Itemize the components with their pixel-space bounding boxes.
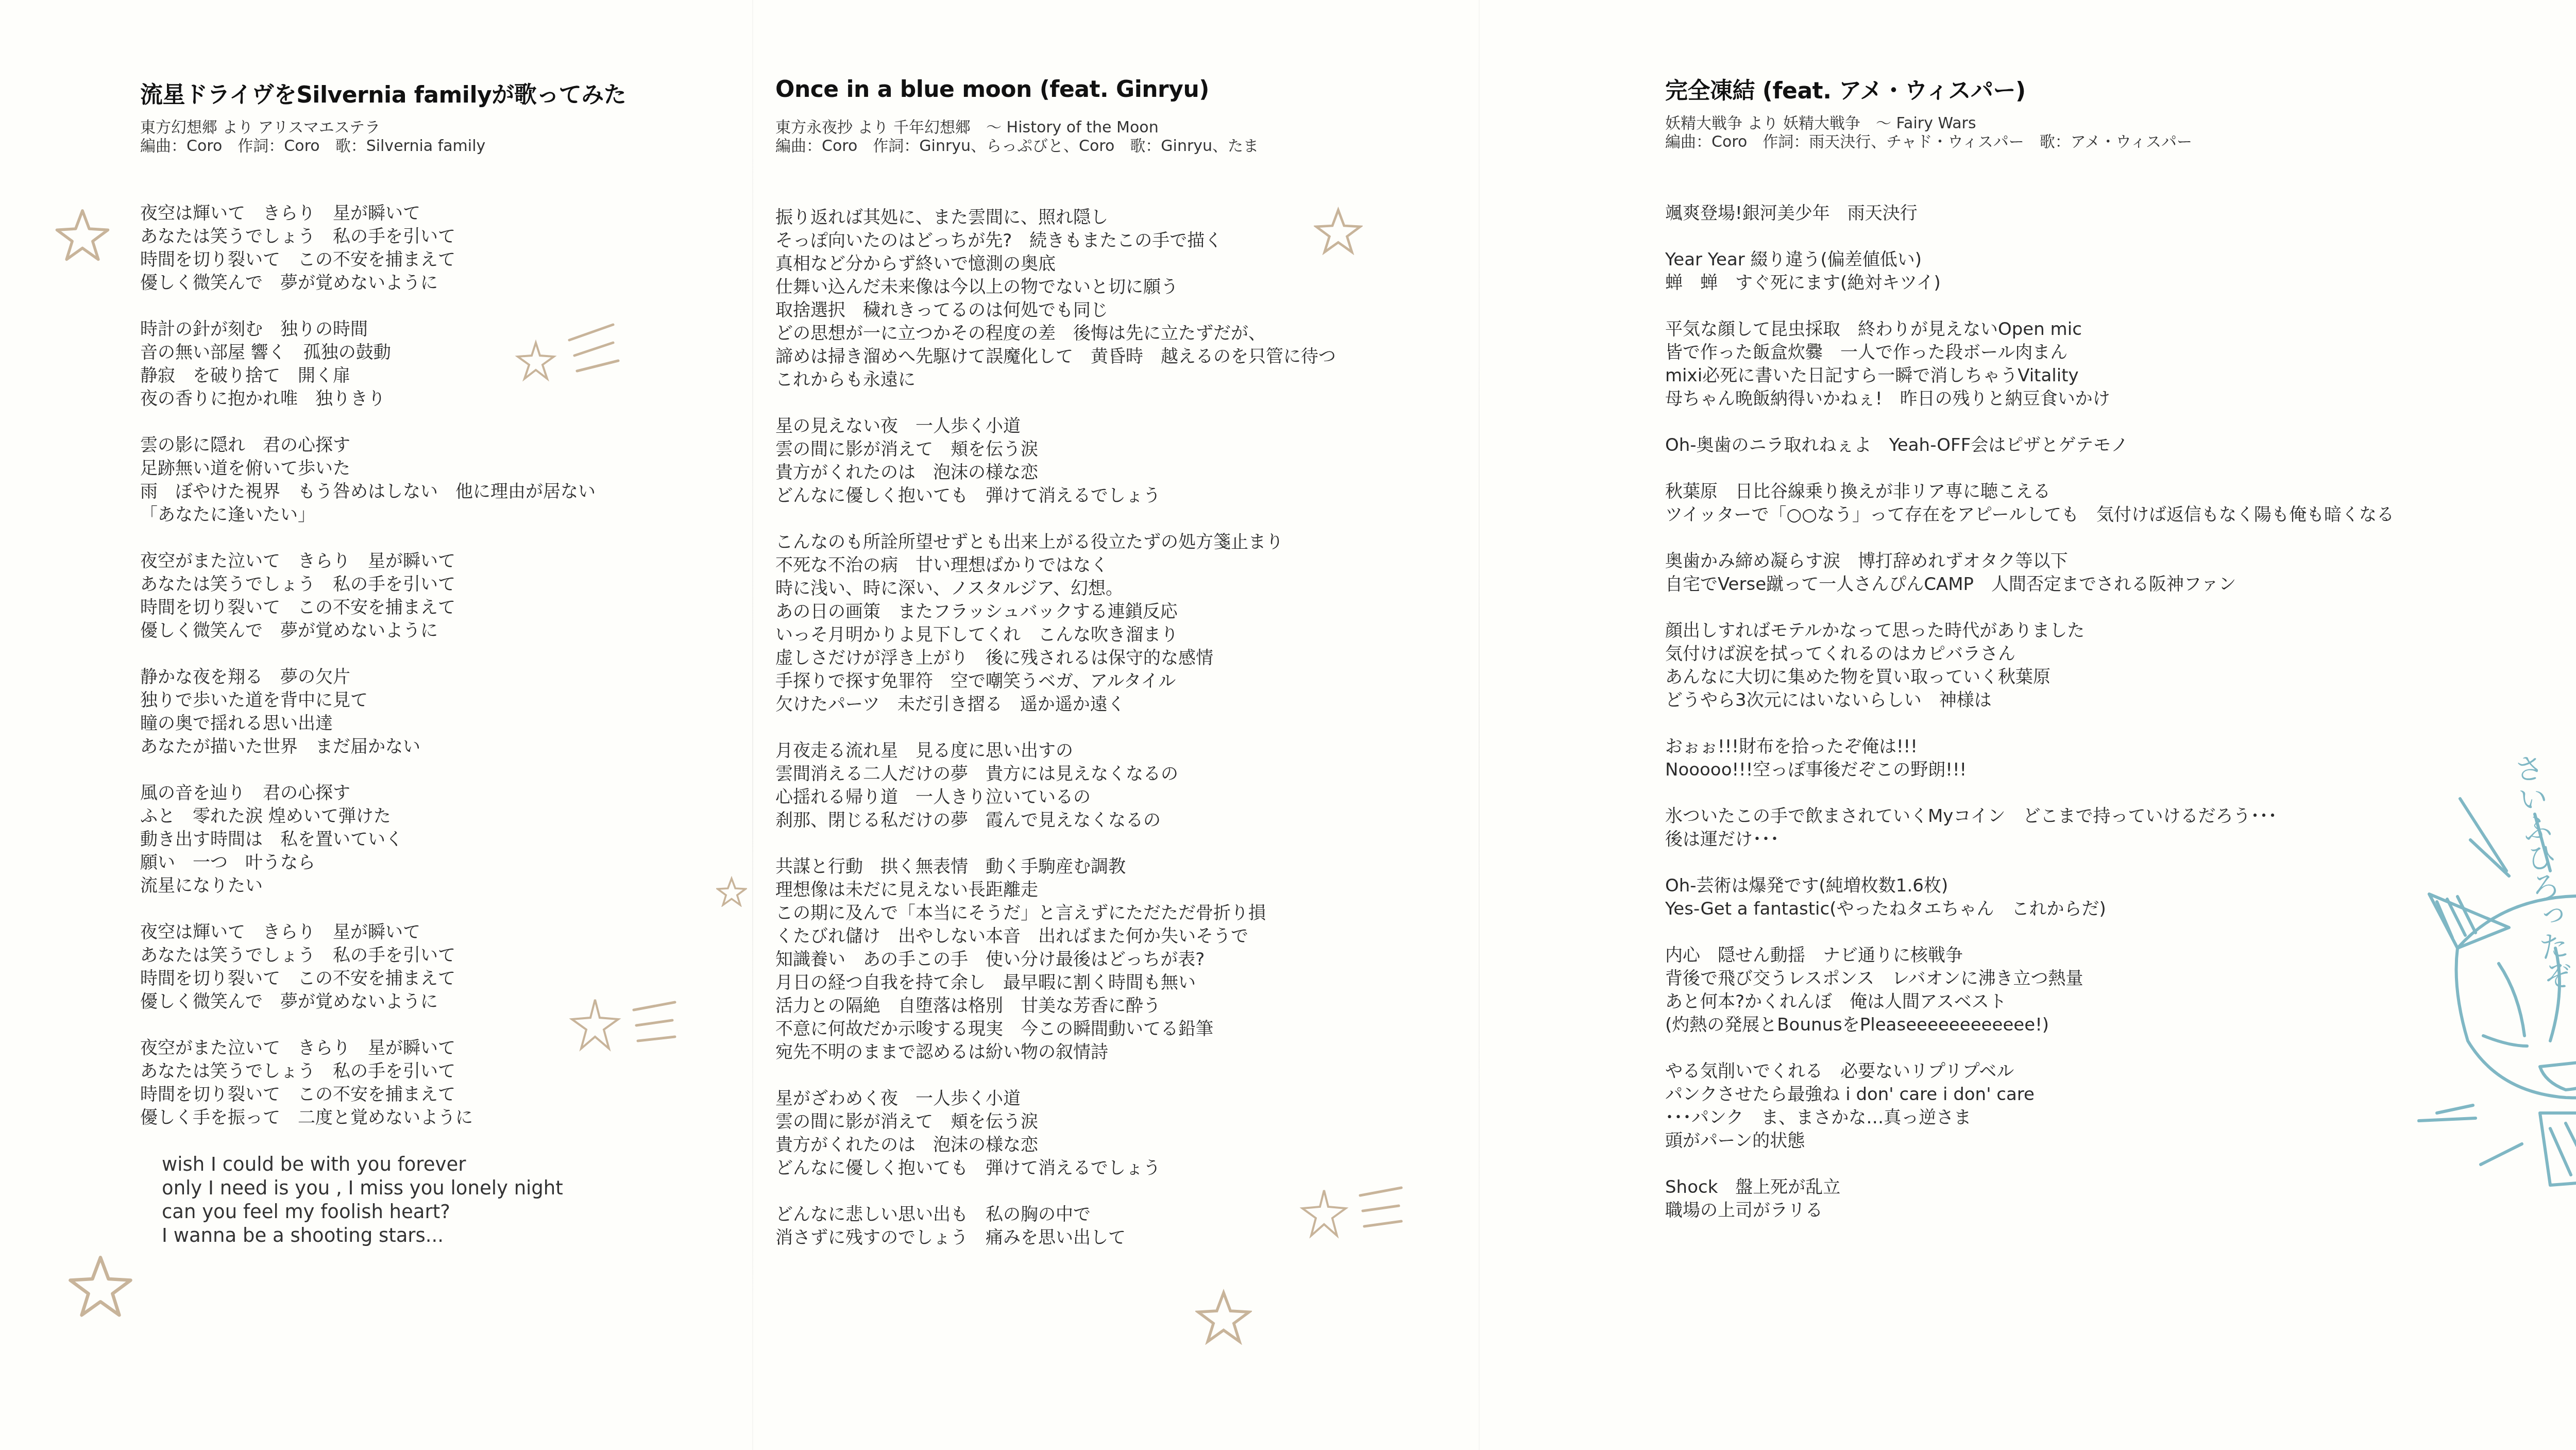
lyric-stanza: 月夜走る流れ星 見る度に思い出すの雲間消える二人だけの夢 貴方には見えなくなるの…: [775, 739, 1336, 832]
lyric-stanza: 共謀と行動 拱く無表情 動く手駒産む調教理想像は未だに見えない長距離走この期に及…: [775, 855, 1336, 1064]
lyric-line: 時に浅い、時に深い、ノスタルジア、幻想。: [775, 577, 1336, 600]
lyric-line: 内心 隠せん動揺 ナビ通りに核戦争: [1665, 944, 2394, 967]
lyric-line: 時間を切り裂いて この不安を捕まえて: [140, 967, 596, 990]
lyric-line: 夜空は輝いて きらり 星が瞬いて: [140, 921, 596, 944]
lyric-line: 手探りで探す免罪符 空で嘲笑うベガ、アルタイル: [775, 670, 1336, 693]
lyric-line: 夜空がまた泣いて きらり 星が瞬いて: [140, 1037, 596, 1060]
lyric-line: 時間を切り裂いて この不安を捕まえて: [140, 596, 596, 619]
lyric-stanza: Oh-奥歯のニラ取れねぇよ Yeah-OFF会はピザとゲテモノ: [1665, 434, 2394, 457]
lyric-line: そっぽ向いたのはどっちが先? 続きもまたこの手で描く: [775, 229, 1336, 252]
lyric-line: (灼熱の発展とBounusをPleaseeeeeeeeeeee!): [1665, 1014, 2394, 1037]
lyric-line: あんなに大切に集めた物を買い取っていく秋葉原: [1665, 666, 2394, 689]
booklet-fold-right: [1479, 0, 1480, 1450]
lyric-line: 優しく微笑んで 夢が覚めないように: [140, 990, 596, 1014]
lyric-line: 皆で作った飯盒炊爨 一人で作った段ボール肉まん: [1665, 341, 2394, 364]
lyric-line: パンクさせたら最強ね i don' care i don' care: [1665, 1083, 2394, 1106]
lyric-line: 虚しさだけが浮き上がり 後に残されるは保守的な感情: [775, 647, 1336, 670]
lyric-line: 不死な不治の病 甘い理想ばかりではなく: [775, 554, 1336, 577]
lyric-line: どんなに優しく抱いても 弾けて消えるでしょう: [775, 484, 1336, 508]
star-doodle-icon: [67, 1252, 134, 1319]
lyric-line: 雲の影に隠れ 君の心探す: [140, 434, 596, 457]
lyric-line: あなたは笑うでしょう 私の手を引いて: [140, 944, 596, 967]
lyric-line: 頭がパーン的状態: [1665, 1129, 2394, 1153]
shooting-star-doodle-icon: [567, 989, 690, 1067]
lyric-line: あなたが描いた世界 まだ届かない: [140, 735, 596, 758]
lyric-line: 風の音を辿り 君の心探す: [140, 782, 596, 805]
lyric-line: 共謀と行動 拱く無表情 動く手駒産む調教: [775, 855, 1336, 879]
booklet-fold-left: [752, 0, 753, 1450]
lyric-line: 優しく微笑んで 夢が覚めないように: [140, 272, 596, 295]
star-doodle-icon: [1195, 1288, 1252, 1345]
lyric-line: 優しく微笑んで 夢が覚めないように: [140, 619, 596, 643]
lyric-line: 背後で飛び交うレスポンス レバオンに沸き立つ熱量: [1665, 967, 2394, 990]
lyric-line: 雨 ぼやけた視界 もう咎めはしない 他に理由が居ない: [140, 480, 596, 503]
lyric-line: 星の見えない夜 一人歩く小道: [775, 415, 1336, 438]
lyric-line: 後は運だけ･･･: [1665, 828, 2394, 851]
lyric-stanza: 平気な顔して昆虫採取 終わりが見えないOpen mic皆で作った飯盒炊爨 一人で…: [1665, 318, 2394, 411]
small-star-doodle-icon: [716, 876, 747, 907]
lyric-line: 仕舞い込んだ未来像は今以上の物でないと切に願う: [775, 276, 1336, 299]
lyric-stanza: 風の音を辿り 君の心探すふと 零れた涙 煌めいて弾けた動き出す時間は 私を置いて…: [140, 782, 596, 898]
lyric-line: 貴方がくれたのは 泡沫の様な恋: [775, 461, 1336, 484]
lyric-line: 夜空がまた泣いて きらり 星が瞬いて: [140, 550, 596, 573]
lyric-line: 活力との隔絶 自堕落は格別 甘美な芳香に酔う: [775, 994, 1336, 1018]
shooting-star-doodle-icon: [1298, 1180, 1417, 1252]
lyric-line: どんなに悲しい思い出も 私の胸の中で: [775, 1203, 1336, 1226]
lyric-stanza: Shock 盤上死が乱立職場の上司がラリる: [1665, 1176, 2394, 1222]
lyric-line: 月日の経つ自我を持て余し 最早暇に割く時間も無い: [775, 971, 1336, 994]
lyric-line: 平気な顔して昆虫採取 終わりが見えないOpen mic: [1665, 318, 2394, 341]
lyric-line: Year Year 綴り違う(偏差値低い): [1665, 248, 2394, 272]
lyric-stanza: 氷ついたこの手で飲まされていくMyコイン どこまで持っていけるだろう･･･後は運…: [1665, 805, 2394, 851]
lyric-stanza: 顔出しすればモテルかなって思った時代がありました気付けば涙を拭ってくれるのはカピ…: [1665, 619, 2394, 712]
lyric-stanza: 内心 隠せん動揺 ナビ通りに核戦争背後で飛び交うレスポンス レバオンに沸き立つ熱…: [1665, 944, 2394, 1037]
lyric-line: 刹那、閉じる私だけの夢 霞んで見えなくなるの: [775, 809, 1336, 832]
song-credits: 編曲：Coro 作詞：Coro 歌：Silvernia family: [140, 136, 485, 157]
song-lyrics: 振り返れば其処に、また雲間に、照れ隠しそっぽ向いたのはどっちが先? 続きもまたこ…: [775, 206, 1336, 1273]
lyric-line: 独りで歩いた道を背中に見て: [140, 689, 596, 712]
lyric-line: どうやら3次元にはいないらしい 神様は: [1665, 689, 2394, 712]
lyric-line: 真相など分からず終いで憶測の奥底: [775, 252, 1336, 276]
lyric-stanza: 雲の影に隠れ 君の心探す足跡無い道を俯いて歩いた雨 ぼやけた視界 もう咎めはしな…: [140, 434, 596, 527]
lyric-line: 宛先不明のままで認めるは紛い物の叙情詩: [775, 1041, 1336, 1064]
lyric-stanza: 奥歯かみ締め凝らす涙 博打辞めれずオタク等以下自宅でVerse蹴って一人さんぴん…: [1665, 550, 2394, 596]
lyric-stanza: やる気削いでくれる 必要ないリプリプベルパンクさせたら最強ね i don' ca…: [1665, 1060, 2394, 1153]
lyric-line: 気付けば涙を拭ってくれるのはカピバラさん: [1665, 643, 2394, 666]
lyric-stanza: 星がざわめく夜 一人歩く小道雲の間に影が消えて 頬を伝う涙貴方がくれたのは 泡沫…: [775, 1087, 1336, 1180]
chibi-character-sketch: さいふひろったぞ: [2396, 721, 2576, 1391]
lyric-line: ツイッターで「○○なう」って存在をアピールしても 気付けば返信もなく陽も俺も暗く…: [1665, 503, 2394, 527]
lyric-stanza: 星の見えない夜 一人歩く小道雲の間に影が消えて 頬を伝う涙貴方がくれたのは 泡沫…: [775, 415, 1336, 508]
lyric-line: 知識養い あの手この手 使い分け最後はどっちが表?: [775, 948, 1336, 971]
lyric-line: この期に及んで「本当にそうだ」と言えずにただただ骨折り損: [775, 902, 1336, 925]
lyric-line: 颯爽登場!銀河美少年 雨天決行: [1665, 202, 2394, 225]
lyric-line: 顔出しすればモテルかなって思った時代がありました: [1665, 619, 2394, 643]
lyric-line: 時間を切り裂いて この不安を捕まえて: [140, 1083, 596, 1106]
lyric-line: 時間を切り裂いて この不安を捕まえて: [140, 248, 596, 272]
shooting-star-doodle-icon: [510, 319, 634, 397]
lyric-line: 瞳の奥で揺れる思い出達: [140, 712, 596, 735]
lyric-line: あの日の画策 またフラッシュバックする連鎖反応: [775, 600, 1336, 623]
lyric-line: 雲の間に影が消えて 頬を伝う涙: [775, 1110, 1336, 1134]
lyric-line: Oh-芸術は爆発です(純増枚数1.6枚): [1665, 874, 2394, 898]
lyric-stanza: Year Year 綴り違う(偏差値低い)蝉 蝉 すぐ死にます(絶対キツイ): [1665, 248, 2394, 295]
lyric-line: あなたは笑うでしょう 私の手を引いて: [140, 225, 596, 248]
lyric-line: 願い 一つ 叶うなら: [140, 851, 596, 874]
song-source: 妖精大戦争 より 妖精大戦争 ～ Fairy Wars: [1665, 113, 1976, 134]
lyric-line: 秋葉原 日比谷線乗り換えが非リア専に聴こえる: [1665, 480, 2394, 503]
lyric-stanza: Oh-芸術は爆発です(純増枚数1.6枚)Yes-Get a fantastic(…: [1665, 874, 2394, 921]
lyric-stanza: 秋葉原 日比谷線乗り換えが非リア専に聴こえるツイッターで「○○なう」って存在をア…: [1665, 480, 2394, 527]
lyric-line: 母ちゃん晩飯納得いかねぇ! 昨日の残りと納豆食いかけ: [1665, 387, 2394, 411]
lyric-stanza: 夜空がまた泣いて きらり 星が瞬いてあなたは笑うでしょう 私の手を引いて時間を切…: [140, 1037, 596, 1129]
lyric-line: 足跡無い道を俯いて歩いた: [140, 457, 596, 480]
star-doodle-icon: [1314, 206, 1363, 255]
lyric-stanza: 颯爽登場!銀河美少年 雨天決行: [1665, 202, 2394, 225]
lyric-line: 欠けたパーツ 未だ引き摺る 遥か遥か遠く: [775, 693, 1336, 716]
lyric-line: 消さずに残すのでしょう 痛みを思い出して: [775, 1226, 1336, 1250]
lyric-line: can you feel my foolish heart?: [162, 1200, 596, 1224]
lyric-line: あと何本?かくれんぼ 俺は人間アスベスト: [1665, 990, 2394, 1014]
lyric-line: 心揺れる帰り道 一人きり泣いているの: [775, 786, 1336, 809]
lyric-line: 蝉 蝉 すぐ死にます(絶対キツイ): [1665, 272, 2394, 295]
handwritten-caption-line: ぞ: [2536, 958, 2575, 993]
song-credits: 編曲：Coro 作詞：雨天決行、チャド・ウィスパー 歌：アメ・ウィスパー: [1665, 132, 2192, 153]
lyric-line: 「あなたに逢いたい」: [140, 503, 596, 527]
song-title: Once in a blue moon (feat. Ginryu): [775, 76, 1209, 103]
lyric-line: 静かな夜を翔る 夢の欠片: [140, 666, 596, 689]
lyric-line: 諦めは掃き溜めへ先駆けて誤魔化して 黄昏時 越えるのを只管に待つ: [775, 345, 1336, 368]
lyric-line: only I need is you , I miss you lonely n…: [162, 1176, 596, 1200]
lyric-line: 夜空は輝いて きらり 星が瞬いて: [140, 202, 596, 225]
song-source: 東方永夜抄 より 千年幻想郷 ～ History of the Moon: [775, 117, 1159, 138]
star-doodle-icon: [54, 206, 111, 263]
lyric-line: Shock 盤上死が乱立: [1665, 1176, 2394, 1199]
lyric-line: 流星になりたい: [140, 874, 596, 898]
lyric-line: Yes-Get a fantastic(やったねタエちゃん これからだ): [1665, 898, 2394, 921]
lyric-line: やる気削いでくれる 必要ないリプリプベル: [1665, 1060, 2394, 1083]
lyric-line: 優しく手を振って 二度と覚めないように: [140, 1106, 596, 1129]
song-title: 流星ドライヴをSilvernia familyが歌ってみた: [140, 76, 626, 109]
lyric-line: くたびれ儲け 出やしない本音 出ればまた何か失いそうで: [775, 925, 1336, 948]
lyric-line: 職場の上司がラリる: [1665, 1199, 2394, 1222]
lyric-line: 雲の間に影が消えて 頬を伝う涙: [775, 438, 1336, 461]
lyric-line: 理想像は未だに見えない長距離走: [775, 879, 1336, 902]
lyric-line: 自宅でVerse蹴って一人さんぴんCAMP 人間否定までされる阪神ファン: [1665, 573, 2394, 596]
song-lyrics: 颯爽登場!銀河美少年 雨天決行Year Year 綴り違う(偏差値低い)蝉 蝉 …: [1665, 202, 2394, 1245]
lyric-stanza: どんなに悲しい思い出も 私の胸の中で消さずに残すのでしょう 痛みを思い出して: [775, 1203, 1336, 1250]
lyric-line: wish I could be with you forever: [162, 1153, 596, 1176]
lyric-line: どの思想が一に立つかその程度の差 後悔は先に立たずだが、: [775, 322, 1336, 345]
lyric-line: 動き出す時間は 私を置いていく: [140, 828, 596, 851]
lyric-line: mixi必死に書いた日記すら一瞬で消しちゃうVitality: [1665, 364, 2394, 387]
lyric-line: 貴方がくれたのは 泡沫の様な恋: [775, 1134, 1336, 1157]
english-lyric-stanza: wish I could be with you foreveronly I n…: [140, 1153, 596, 1247]
lyric-line: 取捨選択 穢れきってるのは何処でも同じ: [775, 299, 1336, 322]
lyric-line: どんなに優しく抱いても 弾けて消えるでしょう: [775, 1157, 1336, 1180]
lyric-stanza: おぉぉ!!!財布を拾ったぞ俺は!!!Nooooo!!!空っぽ事後だぞこの野朗!!…: [1665, 735, 2394, 782]
lyric-line: 不意に何故だか示唆する現実 今この瞬間動いてる鉛筆: [775, 1018, 1336, 1041]
lyric-stanza: 静かな夜を翔る 夢の欠片独りで歩いた道を背中に見て瞳の奥で揺れる思い出達あなたが…: [140, 666, 596, 758]
lyric-line: これからも永遠に: [775, 368, 1336, 392]
lyric-stanza: こんなのも所詮所望せずとも出来上がる役立たずの処方箋止まり不死な不治の病 甘い理…: [775, 531, 1336, 716]
lyric-line: 振り返れば其処に、また雲間に、照れ隠し: [775, 206, 1336, 229]
lyric-line: 雲間消える二人だけの夢 貴方には見えなくなるの: [775, 763, 1336, 786]
lyric-line: いっそ月明かりよ見下してくれ こんな吹き溜まり: [775, 623, 1336, 647]
lyric-line: あなたは笑うでしょう 私の手を引いて: [140, 573, 596, 596]
lyric-stanza: 夜空は輝いて きらり 星が瞬いてあなたは笑うでしょう 私の手を引いて時間を切り裂…: [140, 202, 596, 295]
lyric-line: 氷ついたこの手で飲まされていくMyコイン どこまで持っていけるだろう･･･: [1665, 805, 2394, 828]
lyric-line: 奥歯かみ締め凝らす涙 博打辞めれずオタク等以下: [1665, 550, 2394, 573]
lyric-line: 月夜走る流れ星 見る度に思い出すの: [775, 739, 1336, 763]
lyric-line: I wanna be a shooting stars...: [162, 1224, 596, 1247]
lyric-line: ふと 零れた涙 煌めいて弾けた: [140, 805, 596, 828]
lyric-line: あなたは笑うでしょう 私の手を引いて: [140, 1060, 596, 1083]
lyric-line: Oh-奥歯のニラ取れねぇよ Yeah-OFF会はピザとゲテモノ: [1665, 434, 2394, 457]
lyric-line: ･･･パンク ま、まさかな…真っ逆さま: [1665, 1106, 2394, 1129]
lyric-line: おぉぉ!!!財布を拾ったぞ俺は!!!: [1665, 735, 2394, 758]
lyric-line: こんなのも所詮所望せずとも出来上がる役立たずの処方箋止まり: [775, 531, 1336, 554]
lyric-line: 星がざわめく夜 一人歩く小道: [775, 1087, 1336, 1110]
lyric-stanza: 夜空がまた泣いて きらり 星が瞬いてあなたは笑うでしょう 私の手を引いて時間を切…: [140, 550, 596, 643]
lyric-stanza: 夜空は輝いて きらり 星が瞬いてあなたは笑うでしょう 私の手を引いて時間を切り裂…: [140, 921, 596, 1014]
song-title: 完全凍結 (feat. アメ・ウィスパー): [1665, 72, 2026, 105]
song-source: 東方幻想郷 より アリスマエステラ: [140, 117, 380, 138]
lyric-line: Nooooo!!!空っぽ事後だぞこの野朗!!!: [1665, 758, 2394, 782]
lyric-stanza: 振り返れば其処に、また雲間に、照れ隠しそっぽ向いたのはどっちが先? 続きもまたこ…: [775, 206, 1336, 392]
song-credits: 編曲：Coro 作詞：Ginryu、らっぷびと、Coro 歌：Ginryu、たま: [775, 136, 1259, 157]
